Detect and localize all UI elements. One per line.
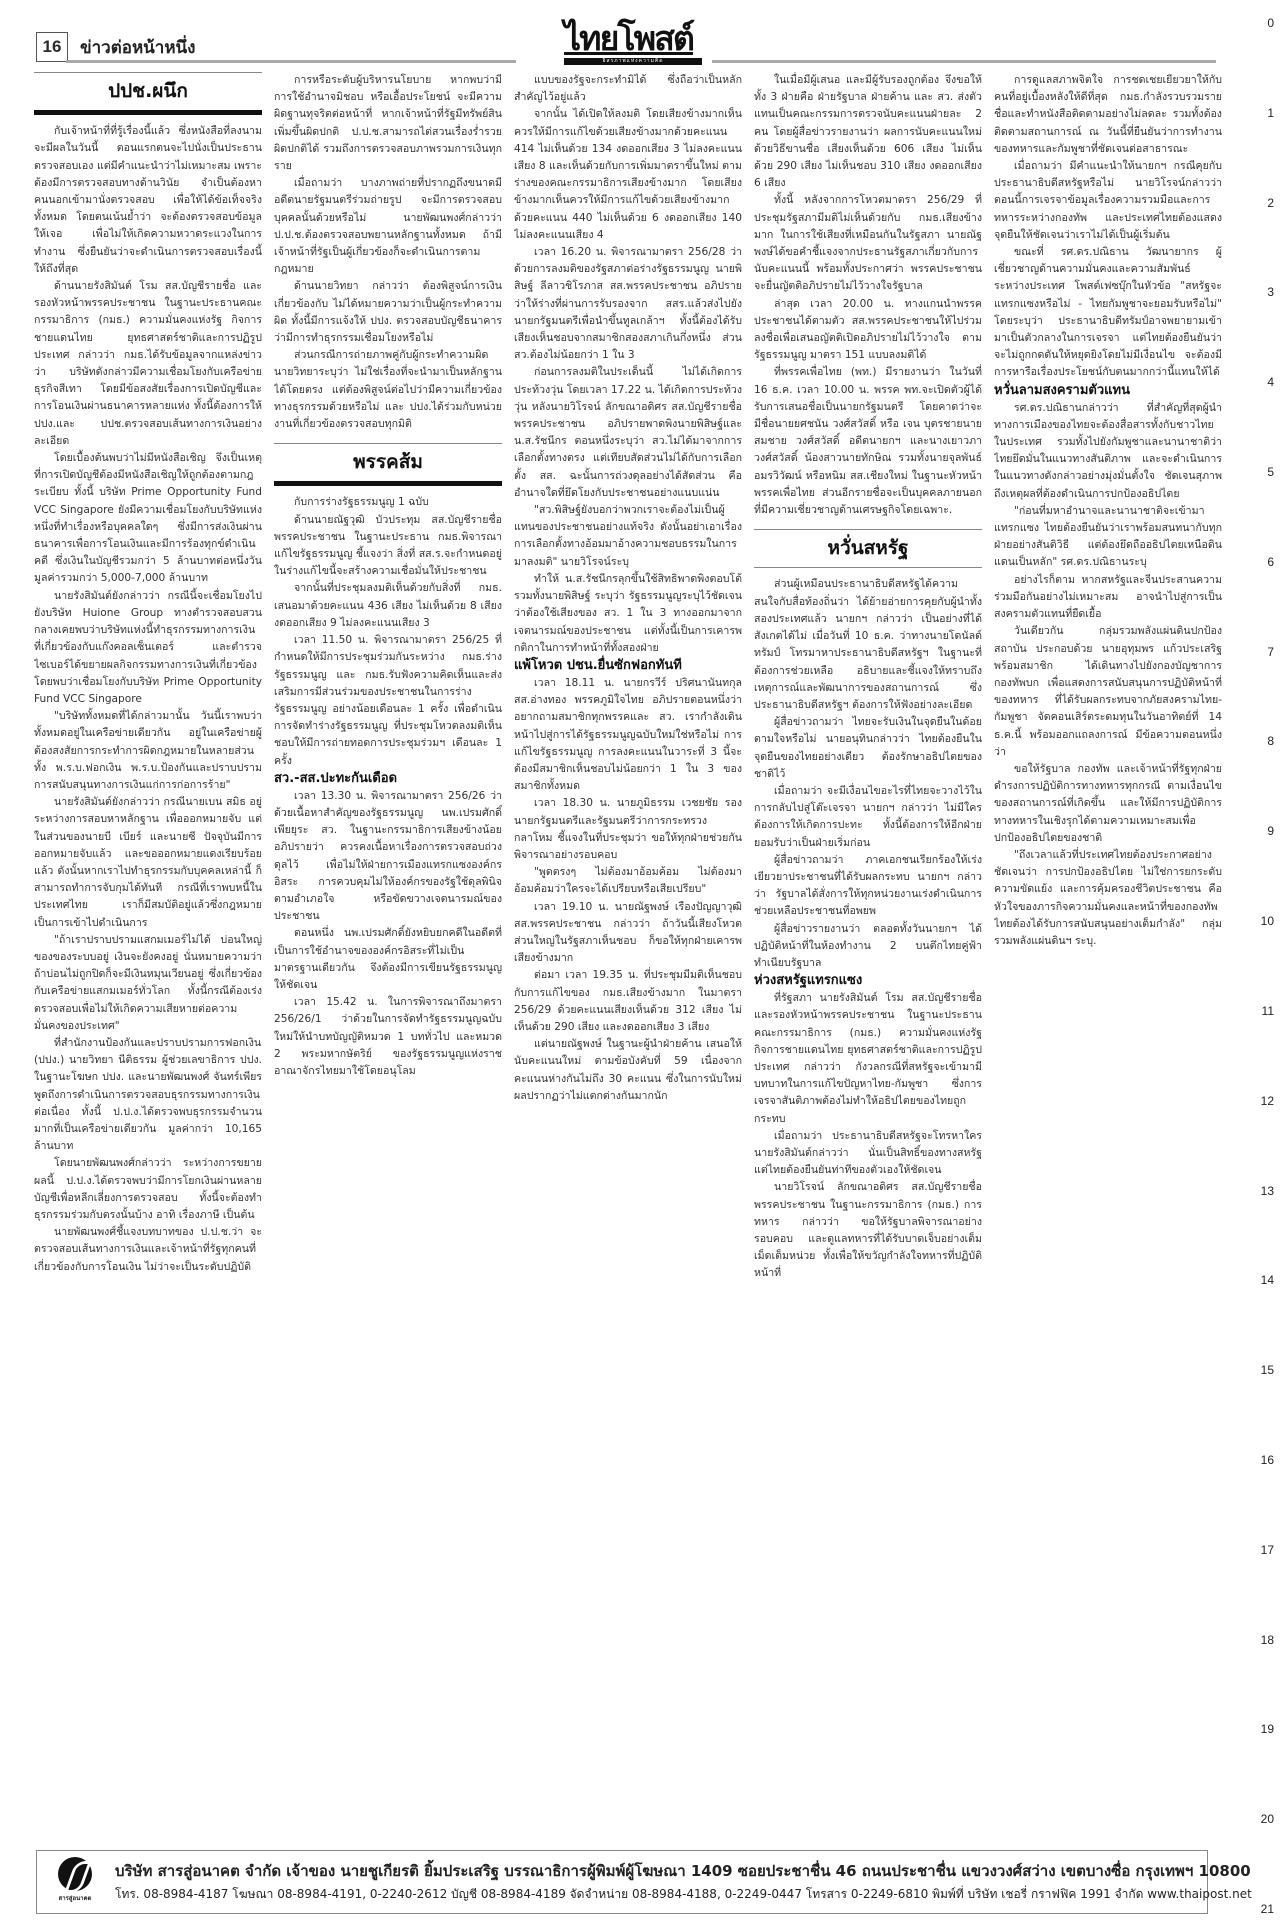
paragraph: ในเมื่อมีผู้เสนอ และมีผู้รับรองถูกต้อง จ… (754, 72, 982, 192)
column-body: เวลา 18.11 น. นายกรวีร์ ปริศนานันทกุล สส… (514, 675, 742, 1105)
ruler-mark: 16 (1261, 1453, 1274, 1467)
column-body: กับการร่างรัฐธรรมนูญ 1 ฉบับด้านนายณัฐวุฒ… (274, 494, 502, 769)
ruler-mark: 10 (1261, 914, 1274, 928)
paragraph: ผู้สื่อข่าวถามว่า ภาคเอกชนเรียกร้องให้เร… (754, 852, 982, 921)
article-columns: ปปช.ผนึก กับเจ้าหน้าที่ที่รู้เรื่องนี้แล… (34, 72, 1220, 1832)
subheading: ห่วงสหรัฐแทรกแซง (754, 972, 982, 990)
article-headline: พรรคส้ม (274, 443, 502, 486)
publisher-logo-caption: สารสู่อนาคต (53, 1893, 97, 1903)
ruler-mark: 12 (1261, 1094, 1274, 1108)
paragraph: ล่าสุด เวลา 20.00 น. ทางแกนนำพรรคประชาชน… (754, 296, 982, 365)
paragraph: "บริษัททั้งหมดที่ได้กล่าวมานั้น วันนี้เร… (34, 708, 262, 794)
paragraph: แบบของรัฐจะกระทำมิได้ ซึ่งถือว่าเป็นหลัก… (514, 72, 742, 106)
paragraph: การหรือระดับผู้บริหารนโยบาย หากพบว่ามีกา… (274, 72, 502, 175)
imprint-footer: สารสู่อนาคต บริษัท สารสู่อนาคต จำกัด เจ้… (36, 1850, 1208, 1914)
column-2: การหรือระดับผู้บริหารนโยบาย หากพบว่ามีกา… (274, 72, 502, 1832)
ruler-mark: 21 (1261, 1902, 1274, 1916)
paragraph: อย่างไรก็ตาม หากสหรัฐและจีนประสานความร่ว… (994, 572, 1222, 624)
ruler-mark: 18 (1261, 1633, 1274, 1647)
header-rule (66, 60, 516, 63)
column-body: การหรือระดับผู้บริหารนโยบาย หากพบว่ามีกา… (274, 72, 502, 433)
column-body: กับเจ้าหน้าที่ที่รู้เรื่องนี้แล้ว ซึ่งหน… (34, 123, 262, 1276)
paragraph: นายรังสิมันต์ยังกล่าวว่า กรณีนายเบน สมิธ… (34, 794, 262, 932)
article-headline: หวั่นสหรัฐ (754, 529, 982, 568)
paragraph: ที่รัฐสภา นายรังสิมันต์ โรม สส.บัญชีรายช… (754, 990, 982, 1128)
paragraph: โดยนายพัฒนพงศ์กล่าวว่า ระหว่างการขยายผลน… (34, 1155, 262, 1224)
paragraph: ที่พรรคเพื่อไทย (พท.) มีรายงานว่า ในวันท… (754, 364, 982, 519)
subheading: หวั่นลามสงครามตัวแทน (994, 382, 1222, 400)
paragraph: ผู้สื่อข่าวถามว่า ไทยจะรับเงินในจุดยืนใน… (754, 714, 982, 783)
article-headline: ปปช.ผนึก (34, 72, 262, 115)
page-header: 16 ข่าวต่อหน้าหนึ่ง ไทยโพสต์ อิสรภาพแห่ง… (36, 20, 1216, 64)
paragraph: เวลา 11.50 น. พิจารณามาตรา 256/25 ที่กำห… (274, 632, 502, 770)
paragraph: โดยเบื้องต้นพบว่าไม่มีหนังสือเชิญ จึงเป็… (34, 450, 262, 588)
ruler-mark: 13 (1261, 1184, 1274, 1198)
paragraph: ขณะที่ รศ.ดร.ปณิธาน วัฒนายากร ผู้เชี่ยวช… (994, 244, 1222, 382)
paragraph: ทั้งนี้ หลังจากการโหวตมาตรา 256/29 ที่ปร… (754, 192, 982, 295)
paragraph: เวลา 16.20 น. พิจารณามาตรา 256/28 ว่าด้ว… (514, 244, 742, 364)
paragraph: เมื่อถามว่า จะมีเงื่อนไขอะไรที่ไทยจะวางไ… (754, 783, 982, 852)
paragraph: "ก่อนที่มหาอำนาจและนานาชาติจะเข้ามาแทรกแ… (994, 503, 1222, 572)
paragraph: ด้านนายณัฐวุฒิ บัวประทุม สส.บัญชีรายชื่อ… (274, 512, 502, 581)
publisher-logo: สารสู่อนาคต (53, 1857, 97, 1905)
column-body: การดูแลสภาพจิตใจ การชดเชยเยียวยาให้กับคน… (994, 72, 1222, 382)
column-body: แบบของรัฐจะกระทำมิได้ ซึ่งถือว่าเป็นหลัก… (514, 72, 742, 657)
ruler-mark: 6 (1267, 555, 1274, 569)
paragraph: "สว.พิสิษฐ์ยังบอกว่าพวกเราจะต้องไม่เป็นผ… (514, 502, 742, 571)
paragraph: "ถ้าเราปราบปรามแสกมเมอร์ไม่ได้ บ่อนใหญ่ข… (34, 932, 262, 1035)
paragraph: ขอให้รัฐบาล กองทัพ และเจ้าหน้าที่รัฐทุกฝ… (994, 761, 1222, 847)
column-5: การดูแลสภาพจิตใจ การชดเชยเยียวยาให้กับคน… (994, 72, 1222, 1832)
logo-text: ไทยโพสต์ (564, 22, 704, 56)
column-body: ส่วนผู้เหมือนประธานาธิบดีสหรัฐได้ความสนใ… (754, 576, 982, 972)
ruler-mark: 3 (1267, 285, 1274, 299)
paragraph: กับการร่างรัฐธรรมนูญ 1 ฉบับ (274, 494, 502, 511)
column-1: ปปช.ผนึก กับเจ้าหน้าที่ที่รู้เรื่องนี้แล… (34, 72, 262, 1832)
paragraph: ด้านนายรังสิมันต์ โรม สส.บัญชีรายชื่อ แล… (34, 278, 262, 450)
column-3: แบบของรัฐจะกระทำมิได้ ซึ่งถือว่าเป็นหลัก… (514, 72, 742, 1832)
column-body: ในเมื่อมีผู้เสนอ และมีผู้รับรองถูกต้อง จ… (754, 72, 982, 519)
paragraph: นายพัฒนพงศ์ชี้แจงบทบาทของ ป.ป.ช.ว่า จะตร… (34, 1224, 262, 1276)
line-ruler: 0123456789101112131415161718192021 (1252, 0, 1286, 1920)
ruler-mark: 14 (1261, 1273, 1274, 1287)
paragraph: เวลา 19.10 น. นายณัฐพงษ์ เรืองปัญญาวุฒิ … (514, 899, 742, 968)
paragraph: เวลา 18.11 น. นายกรวีร์ ปริศนานันทกุล สส… (514, 675, 742, 795)
column-body: เวลา 13.30 น. พิจารณามาตรา 256/26 ว่าด้ว… (274, 788, 502, 1080)
paragraph: แต่นายณัฐพงษ์ ในฐานะผู้นำฝ่ายค้าน เสนอให… (514, 1036, 742, 1105)
column-4: ในเมื่อมีผู้เสนอ และมีผู้รับรองถูกต้อง จ… (754, 72, 982, 1832)
masthead-logo: ไทยโพสต์ อิสรภาพแห่งความคิด (564, 22, 704, 62)
page-number: 16 (36, 32, 68, 62)
paragraph: ทำให้ น.ส.รัชนีกรลุกขึ้นใช้สิทธิพาดพิงตอ… (514, 571, 742, 657)
paragraph: เวลา 18.30 น. นายภูมิธรรม เวชยชัย รองนาย… (514, 795, 742, 864)
paragraph: นายวิโรจน์ ลักขณาอดิศร สส.บัญชีรายชื่อพร… (754, 1179, 982, 1282)
ruler-mark: 5 (1267, 465, 1274, 479)
ruler-mark: 2 (1267, 196, 1274, 210)
publisher-address: บริษัท สารสู่อนาคต จำกัด เจ้าของ นายชูเก… (115, 1859, 1251, 1883)
subheading: สว.-สส.ปะทะกันเดือด (274, 770, 502, 788)
ruler-mark: 19 (1261, 1722, 1274, 1736)
ruler-mark: 11 (1262, 1004, 1274, 1018)
publisher-contacts: โทร. 08-8984-4187 โฆษณา 08-8984-4191, 0-… (115, 1885, 1252, 1904)
paragraph: ส่วนผู้เหมือนประธานาธิบดีสหรัฐได้ความสนใ… (754, 576, 982, 714)
header-rule (712, 60, 1216, 63)
paragraph: ก่อนการลงมติในประเด็นนี้ ไม่ได้เกิดการปร… (514, 364, 742, 502)
paragraph: "พูดตรงๆ ไม่ต้องมาอ้อมค้อม ไม่ต้องมาอ้อม… (514, 864, 742, 898)
paragraph: ตอนหนึ่ง นพ.เปรมศักดิ์ยังหยิบยกคดีในอดีต… (274, 925, 502, 994)
paragraph: เมื่อถามว่า มีคำแนะนำให้นายกฯ กรณีคุยกับ… (994, 158, 1222, 244)
paragraph: ที่สำนักงานป้องกันและปราบปรามการฟอกเงิน … (34, 1035, 262, 1155)
ruler-mark: 9 (1267, 824, 1274, 838)
ruler-mark: 0 (1267, 16, 1274, 30)
paragraph: วันเดียวกัน กลุ่มรวมพลังแผ่นดินปกป้องสถา… (994, 623, 1222, 761)
ruler-mark: 1 (1267, 106, 1274, 120)
paragraph: เวลา 15.42 น. ในการพิจารณาถึงมาตรา 256/2… (274, 994, 502, 1080)
paragraph: เมื่อถามว่า บางภาพถ่ายที่ปรากฏถึงขนาดมีอ… (274, 175, 502, 278)
paragraph: เมื่อถามว่า ประธานาธิบดีสหรัฐจะโทรหาใคร … (754, 1128, 982, 1180)
ruler-mark: 17 (1261, 1543, 1274, 1557)
column-body: ที่รัฐสภา นายรังสิมันต์ โรม สส.บัญชีรายช… (754, 990, 982, 1282)
section-label: ข่าวต่อหน้าหนึ่ง (80, 34, 195, 61)
paragraph: กับเจ้าหน้าที่ที่รู้เรื่องนี้แล้ว ซึ่งหน… (34, 123, 262, 278)
ruler-mark: 8 (1267, 734, 1274, 748)
paragraph: การดูแลสภาพจิตใจ การชดเชยเยียวยาให้กับคน… (994, 72, 1222, 158)
paragraph: จากนั้นที่ประชุมลงมติเห็นด้วยกับสิ่งที่ … (274, 580, 502, 632)
ruler-mark: 7 (1267, 645, 1274, 659)
paragraph: เวลา 13.30 น. พิจารณามาตรา 256/26 ว่าด้ว… (274, 788, 502, 926)
column-body: รศ.ดร.ปณิธานกล่าวว่า ที่สำคัญที่สุดผู้นำ… (994, 400, 1222, 951)
paragraph: ผู้สื่อข่าวรายงานว่า ตลอดทั้งวันนายกฯ ได… (754, 921, 982, 973)
logo-tagline: อิสรภาพแห่งความคิด (564, 58, 702, 65)
paragraph: ด้านนายวิทยา กล่าวว่า ต้องพิสูจน์การเงิน… (274, 278, 502, 347)
paragraph: ต่อมา เวลา 19.35 น. ที่ประชุมมีมติเห็นชอ… (514, 967, 742, 1036)
paragraph: รศ.ดร.ปณิธานกล่าวว่า ที่สำคัญที่สุดผู้นำ… (994, 400, 1222, 503)
subheading: แพ้โหวต ปชน.ยื่นซักฟอกทันที (514, 657, 742, 675)
ruler-mark: 20 (1261, 1812, 1274, 1826)
paragraph: ส่วนกรณีการถ่ายภาพคู่กับผู้กระทำความผิด … (274, 347, 502, 433)
paragraph: นายรังสิมันต์ยังกล่าวว่า กรณีนี้จะเชื่อม… (34, 588, 262, 708)
ruler-mark: 15 (1261, 1363, 1274, 1377)
ruler-mark: 4 (1267, 375, 1274, 389)
paragraph: จากนั้น ได้เปิดให้ลงมติ โดยเสียงข้างมากเ… (514, 106, 742, 244)
publisher-logo-icon (58, 1857, 92, 1891)
paragraph: "ถึงเวลาแล้วที่ประเทศไทยต้องประกาศอย่างช… (994, 847, 1222, 950)
